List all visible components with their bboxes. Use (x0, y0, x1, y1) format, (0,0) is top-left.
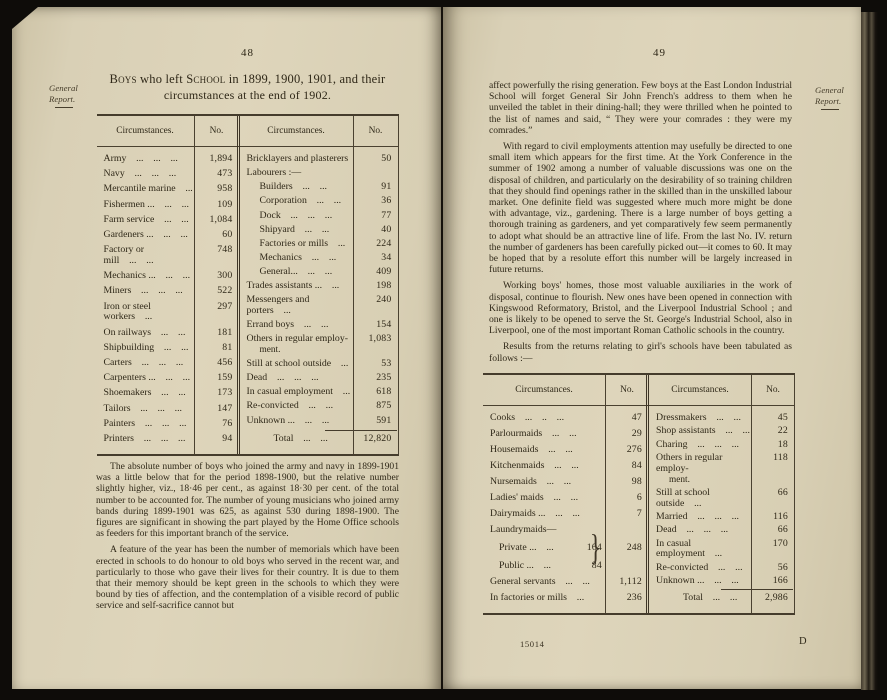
table-row: Gardeners ... ... ...60 (97, 230, 240, 241)
brace-glyph: } (590, 530, 601, 566)
column-header: Circumstances. (649, 385, 751, 395)
row-value: 198 (353, 281, 399, 292)
combined-value: 248 (605, 542, 649, 553)
row-label: Public ... ... (483, 561, 592, 572)
row-value: 240 (353, 295, 399, 306)
row-label: On railways ... ... (97, 328, 194, 339)
table-row: On railways ... ...181 (97, 328, 240, 339)
row-label: Iron or steel workers ... (97, 302, 194, 324)
table-row: Ladies' maids ... ...6 (483, 493, 649, 504)
table-row: Printers ... ... ...94 (97, 434, 240, 445)
row-label: Farm service ... ... (97, 215, 194, 226)
table-row: Total ... ...2,986 (649, 593, 795, 604)
table-rule (751, 375, 752, 613)
row-value: 45 (751, 413, 795, 424)
right-page-content: 49 affect powerfully the rising generati… (489, 47, 792, 615)
table-row: In casual employment ...618 (240, 387, 399, 398)
margin-note-line: Report. (815, 96, 841, 106)
row-value: 76 (194, 419, 240, 430)
row-value: 98 (605, 477, 649, 488)
row-value: 166 (751, 576, 795, 587)
table-row: Laundrymaids— (483, 525, 605, 536)
column-header: No. (751, 385, 795, 395)
row-value: 473 (194, 169, 240, 180)
paragraph: Working boys' homes, those most valuable… (489, 280, 792, 336)
row-value: 276 (605, 445, 649, 456)
table-right-half: Dressmakers ... ...45Shop assistants ...… (649, 406, 795, 613)
row-label: Painters ... ... ... (97, 419, 194, 430)
table-row: General... ... ...409 (240, 267, 399, 278)
row-value: 875 (353, 401, 399, 412)
left-page-content: 48 Boys who left School in 1899, 1900, 1… (96, 47, 399, 612)
paragraph: The absolute number of boys who joined t… (96, 461, 399, 539)
margin-note-right: General Report. (815, 85, 857, 110)
row-value: 522 (194, 286, 240, 297)
row-value: 236 (605, 593, 649, 604)
row-label: Builders ... ... (240, 182, 353, 193)
row-value: 456 (194, 358, 240, 369)
row-label: Shoemakers ... ... (97, 388, 194, 399)
table-row: Messengers and porters ...240 (240, 295, 399, 317)
table-row: Nursemaids ... ...98 (483, 477, 649, 488)
row-label: In casual employment ... (649, 539, 751, 561)
table-row: In casual employment ...170 (649, 539, 795, 561)
table-row: Trades assistants ... ...198 (240, 281, 399, 292)
table-rule (605, 375, 606, 613)
paragraph: With regard to civil employments attenti… (489, 141, 792, 275)
table-row: Others in regular employ-ment.1,083 (240, 334, 399, 355)
title-segment: who left (137, 72, 187, 86)
table-row: Unknown ... ... ...591 (240, 416, 399, 427)
table-row: Still at school outside ...53 (240, 359, 399, 370)
row-value: 22 (751, 426, 795, 437)
row-value: 94 (194, 434, 240, 445)
table-right-half: Bricklayers and plasterers50Labourers :—… (240, 147, 399, 454)
row-label: Shop assistants ... ... (649, 426, 751, 437)
table-center-rule (646, 375, 649, 613)
row-value: 47 (605, 413, 649, 424)
paragraph: A feature of the year has been the numbe… (96, 544, 399, 611)
row-label: Errand boys ... ... (240, 320, 353, 331)
row-label: Dressmakers ... ... (649, 413, 751, 424)
table-row: Corporation ... ...36 (240, 196, 399, 207)
row-label: Factories or mills ... (240, 239, 353, 250)
row-value: 53 (353, 359, 399, 370)
row-value: 118 (751, 453, 795, 464)
row-value: 181 (194, 328, 240, 339)
row-value: 60 (194, 230, 240, 241)
column-header: Circumstances. (97, 126, 194, 136)
row-value: 50 (353, 154, 399, 165)
table-center-rule (237, 116, 240, 454)
table-row: Painters ... ... ...76 (97, 419, 240, 430)
table-row: Iron or steel workers ...297 (97, 302, 240, 324)
column-header: No. (353, 126, 399, 136)
title-segment: Boys (110, 72, 137, 86)
row-value: 147 (194, 404, 240, 415)
row-value: 173 (194, 388, 240, 399)
row-label: Laundrymaids— (483, 525, 605, 536)
girls-circumstances-table: Circumstances. No. Circumstances. No. Co… (483, 373, 795, 615)
table-row: Shipbuilding ... ...81 (97, 343, 240, 354)
row-value: 6 (605, 493, 649, 504)
row-label: Dock ... ... ... (240, 211, 353, 222)
row-label: Total ... ... (649, 593, 751, 604)
print-number: 15014 (520, 639, 544, 649)
row-value: 77 (353, 211, 399, 222)
row-label: Private ... ... (483, 543, 587, 554)
row-label: Army ... ... ... (97, 154, 194, 165)
row-value: 18 (751, 440, 795, 451)
row-label: Carpenters ... ... ... (97, 373, 194, 384)
row-label: Shipyard ... ... (240, 225, 353, 236)
row-value: 81 (194, 343, 240, 354)
paragraph: affect powerfully the rising generation.… (489, 80, 792, 136)
row-label: Dead ... ... ... (240, 373, 353, 384)
row-value: 159 (194, 373, 240, 384)
table-body: Cooks ... .. ...47Parlourmaids ... ...29… (483, 406, 795, 613)
row-label: Housemaids ... ... (483, 445, 605, 456)
row-value: 409 (353, 267, 399, 278)
table-row: Kitchenmaids ... ...84 (483, 461, 649, 472)
row-label: Factory or mill ... ... (97, 245, 194, 267)
page-number: 48 (96, 47, 399, 59)
row-value: 7 (605, 509, 649, 520)
table-row: Tailors ... ... ...147 (97, 404, 240, 415)
row-label: Charing ... ... ... (649, 440, 751, 451)
margin-note-rule (55, 107, 73, 108)
column-header: No. (194, 126, 240, 136)
row-value: 66 (751, 488, 795, 499)
boys-circumstances-table: Circumstances. No. Circumstances. No. Ar… (97, 114, 399, 456)
column-header: Circumstances. (483, 385, 605, 395)
row-label: Messengers and porters ... (240, 295, 353, 317)
book-gutter (441, 7, 443, 689)
paragraph: Results from the returns relating to gir… (489, 341, 792, 363)
table-row: Farm service ... ...1,084 (97, 215, 240, 226)
margin-note-line: Report. (49, 94, 75, 104)
row-value: 40 (353, 225, 399, 236)
column-header: Circumstances. (240, 126, 353, 136)
margin-note-line: General (815, 85, 844, 95)
row-label: Mercantile marine ... (97, 184, 194, 195)
table-row: Bricklayers and plasterers50 (240, 154, 399, 165)
title-segment: School (186, 72, 225, 86)
table-row: Navy ... ... ...473 (97, 169, 240, 180)
right-page: General Report. 49 affect powerfully the… (443, 7, 861, 689)
row-value: 36 (353, 196, 399, 207)
row-value: 235 (353, 373, 399, 384)
row-value: 91 (353, 182, 399, 193)
table-row: Miners ... ... ...522 (97, 286, 240, 297)
row-label: In factories or mills ... (483, 593, 605, 604)
row-label: Total ... ... (240, 434, 353, 445)
table-header: Circumstances. No. Circumstances. No. (483, 375, 795, 406)
row-label: Printers ... ... ... (97, 434, 194, 445)
table-row: Mercantile marine ...958 (97, 184, 240, 195)
row-value: 109 (194, 200, 240, 211)
row-value: 116 (751, 512, 795, 523)
row-value: 224 (353, 239, 399, 250)
row-label: Mechanics ... ... (240, 253, 353, 264)
row-label: Bricklayers and plasterers (240, 154, 353, 165)
row-value: 56 (751, 563, 795, 574)
row-value: 1,083 (353, 334, 399, 345)
row-value: 591 (353, 416, 399, 427)
row-value: 958 (194, 184, 240, 195)
title-line2: circumstances at the end of 1902. (96, 88, 399, 103)
row-label: Labourers :— (240, 168, 353, 179)
row-label: Nursemaids ... ... (483, 477, 605, 488)
table-row: Mechanics ... ...34 (240, 253, 399, 264)
table-row: Total ... ...12,820 (240, 434, 399, 445)
row-label: Re-convicted ... ... (240, 401, 353, 412)
table-row: Mechanics ... ... ...300 (97, 271, 240, 282)
row-label: Dairymaids ... ... ... (483, 509, 605, 520)
table-row: Dead ... ... ...66 (649, 525, 795, 536)
row-value: 748 (194, 245, 240, 256)
table-row: Cooks ... .. ...47 (483, 413, 649, 424)
table-left-half: Cooks ... .. ...47Parlourmaids ... ...29… (483, 406, 649, 613)
row-label: Still at school outside ... (240, 359, 353, 370)
table-row: Married ... ... ...116 (649, 512, 795, 523)
row-label: In casual employment ... (240, 387, 353, 398)
table-rule (398, 116, 399, 454)
table-row: Dock ... ... ...77 (240, 211, 399, 222)
row-label: Trades assistants ... ... (240, 281, 353, 292)
row-label: Gardeners ... ... ... (97, 230, 194, 241)
table-row: Carpenters ... ... ...159 (97, 373, 240, 384)
table-row: Dead ... ... ...235 (240, 373, 399, 384)
table-row: Re-convicted ... ...875 (240, 401, 399, 412)
table-row: Charing ... ... ...18 (649, 440, 795, 451)
table-row: Shipyard ... ...40 (240, 225, 399, 236)
row-label: Mechanics ... ... ... (97, 271, 194, 282)
table-row (240, 430, 399, 431)
margin-note-left: General Report. (49, 83, 78, 108)
page-number: 49 (489, 47, 792, 59)
table-row: Still at school outside ...66 (649, 488, 795, 510)
row-label: Miners ... ... ... (97, 286, 194, 297)
table-row: Private ... ...164 (483, 543, 605, 554)
table-row: Others in regular employ-ment.118 (649, 453, 795, 485)
row-value: 29 (605, 429, 649, 440)
left-page: General Report. 48 Boys who left School … (12, 7, 441, 689)
row-value: 1,112 (605, 577, 649, 588)
row-label: Unknown ... ... ... (240, 416, 353, 427)
row-label: Navy ... ... ... (97, 169, 194, 180)
row-value: 1,084 (194, 215, 240, 226)
table-row: Unknown ... ... ...166 (649, 576, 795, 587)
table-rule (353, 116, 354, 454)
row-label: Tailors ... ... ... (97, 404, 194, 415)
row-label: Others in regular employ-ment. (649, 453, 751, 485)
table-rule (794, 375, 795, 613)
row-label: Others in regular employ-ment. (240, 334, 353, 355)
table-row: Dairymaids ... ... ...7 (483, 509, 649, 520)
table-row (649, 589, 795, 590)
row-label: Parlourmaids ... ... (483, 429, 605, 440)
table-row: Fishermen ... ... ...109 (97, 200, 240, 211)
table-row: Factories or mills ...224 (240, 239, 399, 250)
row-value: 170 (751, 539, 795, 550)
row-label: Kitchenmaids ... ... (483, 461, 605, 472)
table-row: Housemaids ... ...276 (483, 445, 649, 456)
row-value: 84 (605, 461, 649, 472)
table-row: Labourers :— (240, 168, 399, 179)
row-value: 34 (353, 253, 399, 264)
row-label: Married ... ... ... (649, 512, 751, 523)
row-value: 618 (353, 387, 399, 398)
table-row: Errand boys ... ...154 (240, 320, 399, 331)
table-row: General servants ... ...1,112 (483, 577, 649, 588)
table-row: In factories or mills ...236 (483, 593, 649, 604)
margin-note-line: General (49, 83, 78, 93)
margin-note-rule (821, 109, 839, 110)
row-label: Carters ... ... ... (97, 358, 194, 369)
row-label: Fishermen ... ... ... (97, 200, 194, 211)
row-label: Corporation ... ... (240, 196, 353, 207)
row-value: 297 (194, 302, 240, 313)
signature-mark: D (799, 636, 807, 647)
laundrymaids-group: Laundrymaids— Private ... ...164 Public … (483, 525, 649, 572)
row-value: 154 (353, 320, 399, 331)
row-label: Dead ... ... ... (649, 525, 751, 536)
table-row: Army ... ... ...1,894 (97, 154, 240, 165)
column-header: No. (605, 385, 649, 395)
laundrymaids-lines: Laundrymaids— Private ... ...164 Public … (483, 525, 605, 572)
table-row: Parlourmaids ... ...29 (483, 429, 649, 440)
row-label: General servants ... ... (483, 577, 605, 588)
table-row: Shop assistants ... ...22 (649, 426, 795, 437)
table-row: Shoemakers ... ...173 (97, 388, 240, 399)
table-row: Factory or mill ... ...748 (97, 245, 240, 267)
row-value: 300 (194, 271, 240, 282)
row-label: Cooks ... .. ... (483, 413, 605, 424)
table-row: Public ... ...84 (483, 561, 605, 572)
row-label: General... ... ... (240, 267, 353, 278)
table-left-half: Army ... ... ...1,894Navy ... ... ...473… (97, 147, 240, 454)
table-title: Boys who left School in 1899, 1900, 1901… (96, 72, 399, 103)
table-row: Re-convicted ... ...56 (649, 563, 795, 574)
page-edge-stack (861, 12, 878, 690)
row-value: 12,820 (353, 434, 399, 445)
row-value: 1,894 (194, 154, 240, 165)
row-label: Ladies' maids ... ... (483, 493, 605, 504)
row-value: 66 (751, 525, 795, 536)
table-row: Builders ... ...91 (240, 182, 399, 193)
row-label: Still at school outside ... (649, 488, 751, 510)
title-segment: in 1899, 1900, 1901, and their (225, 72, 385, 86)
row-label: Unknown ... ... ... (649, 576, 751, 587)
table-row: Carters ... ... ...456 (97, 358, 240, 369)
row-value: 2,986 (751, 593, 795, 604)
row-label: Shipbuilding ... ... (97, 343, 194, 354)
table-rule (194, 116, 195, 454)
row-label: Re-convicted ... ... (649, 563, 751, 574)
table-row: Dressmakers ... ...45 (649, 413, 795, 424)
